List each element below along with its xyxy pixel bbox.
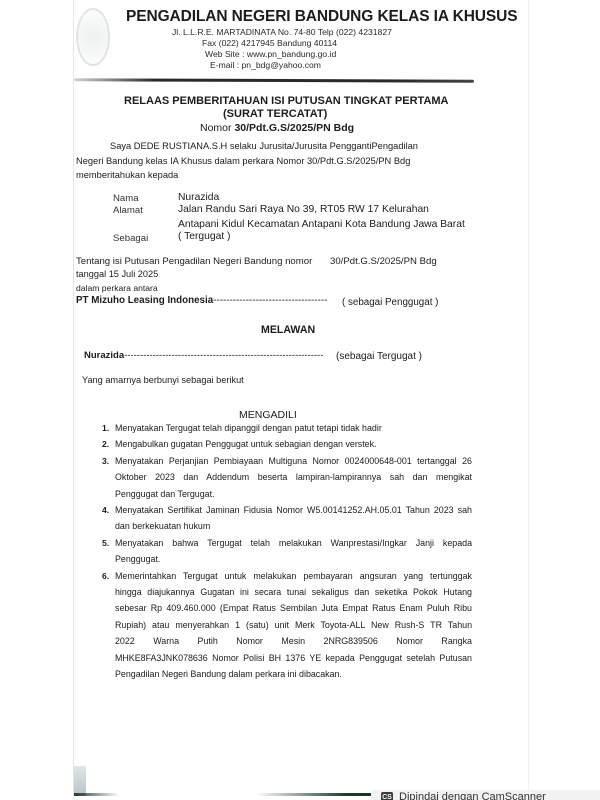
regarding-case-number: 30/Pdt.G.S/2025/PN Bdg: [330, 256, 437, 267]
ruling-item-5: 5. Menyatakan bahwa Tergugat telah melak…: [102, 535, 472, 568]
ruling-item-3: 3. Menyatakan Perjanjian Pembiayaan Mult…: [102, 453, 472, 502]
camscanner-text: Dipindai dengan CamScanner: [399, 791, 546, 800]
intro-line-3: memberitahukan kepada: [76, 170, 178, 180]
ruling-intro: Yang amarnya berbunyi sebagai berikut: [82, 375, 244, 385]
document-number-value: 30/Pdt.G.S/2025/PN Bdg: [234, 122, 354, 134]
ruling-item-text: Penggugat.: [115, 551, 472, 567]
intro-line-1: Saya DEDE RUSTIANA.S.H selaku Jurusita/J…: [110, 141, 418, 151]
plaintiff-line: PT Mizuho Leasing Indonesia-------------…: [76, 295, 327, 306]
recipient-address-line-1: Jalan Randu Sari Raya No 39, RT05 RW 17 …: [178, 204, 429, 215]
ruling-item-text: sebesar Rp 409.460.000 (Empat Ratus Semb…: [115, 600, 472, 616]
ruling-item-text: Oktober 2023 dan Addendum beserta lampir…: [115, 469, 472, 485]
court-emblem-icon: [76, 8, 110, 66]
recipient-name: Nurazida: [178, 192, 219, 203]
ruling-item-2: 2. Mengabulkan gugatan Penggugat untuk s…: [102, 436, 472, 452]
ruling-item-number: 2.: [102, 436, 115, 452]
court-website: Web Site : www.pn_bandung.go.id: [205, 49, 336, 59]
document-number-label: Nomor: [200, 122, 232, 134]
ruling-item-4: 4. Menyatakan Sertifikat Jaminan Fidusia…: [102, 502, 472, 535]
ruling-date: tanggal 15 Juli 2025: [76, 269, 158, 279]
ruling-item-text: Pengadilan Negeri Bandung dalam perkara …: [115, 666, 472, 682]
plaintiff-name: PT Mizuho Leasing Indonesia: [76, 295, 213, 306]
regarding-line: Tentang isi Putusan Pengadilan Negeri Ba…: [76, 256, 312, 267]
intro-line-2: Negeri Bandung kelas IA Khusus dalam per…: [76, 156, 410, 166]
between-parties-label: dalam perkara antara: [76, 283, 158, 293]
ruling-item-number: 4.: [102, 502, 115, 535]
ruling-item-text: MHKE8FA3JNK078636 Nomor Polisi BH 1376 Y…: [115, 650, 472, 666]
court-address: Jl. L.L.R.E. MARTADINATA No. 74-80 Telp …: [172, 27, 392, 37]
scanned-document-page: PENGADILAN NEGERI BANDUNG KELAS IA KHUSU…: [73, 0, 529, 796]
camscanner-watermark: CS Dipindai dengan CamScanner: [371, 790, 600, 800]
recipient-name-label: Nama: [113, 193, 139, 204]
ruling-item-text: 2022 Warna Putih Nomor Mesin 2NRG839506 …: [115, 633, 472, 649]
defendant-leader: ----------------------------------------…: [124, 350, 323, 361]
letterhead-divider: [74, 78, 474, 82]
ruling-item-number: 5.: [102, 535, 115, 568]
court-email: E-mail : pn_bdg@yahoo.com: [210, 60, 321, 70]
versus-heading: MELAWAN: [261, 324, 315, 336]
plaintiff-role: ( sebagai Penggugat ): [342, 297, 438, 308]
court-name: PENGADILAN NEGERI BANDUNG KELAS IA KHUSU…: [126, 8, 517, 26]
ruling-item-1: 1. Menyatakan Tergugat telah dipanggil d…: [102, 420, 472, 436]
ruling-item-text: Memerintahkan Tergugat untuk melakukan p…: [115, 568, 472, 584]
ruling-list: 1. Menyatakan Tergugat telah dipanggil d…: [102, 420, 472, 683]
ruling-item-number: 3.: [102, 453, 115, 502]
court-fax: Fax (022) 4217945 Bandung 40114: [202, 38, 337, 48]
ruling-item-text: Mengabulkan gugatan Penggugat untuk seba…: [115, 436, 472, 452]
document-number: Nomor 30/Pdt.G.S/2025/PN Bdg: [200, 122, 354, 134]
recipient-role: ( Tergugat ): [178, 231, 230, 242]
ruling-item-text: Menyatakan Tergugat telah dipanggil deng…: [115, 420, 472, 436]
defendant-role: (sebagai Tergugat ): [336, 351, 422, 362]
ruling-item-text: Rupiah) atau menyerahkan 1 (satu) unit M…: [115, 617, 472, 633]
plaintiff-leader: -----------------------------------: [213, 295, 327, 306]
document-title: RELAAS PEMBERITAHUAN ISI PUTUSAN TINGKAT…: [124, 95, 449, 107]
ruling-item-number: 1.: [102, 420, 115, 436]
ruling-item-6: 6. Memerintahkan Tergugat untuk melakuka…: [102, 568, 472, 683]
ruling-item-text: dan berkekuatan hukum: [115, 518, 472, 534]
recipient-role-label: Sebagai: [113, 233, 148, 244]
defendant-name: Nurazida: [84, 350, 124, 361]
ruling-item-text: Menyatakan Perjanjian Pembiayaan Multigu…: [115, 453, 472, 469]
document-subtitle: (SURAT TERCATAT): [223, 108, 327, 120]
defendant-line: Nurazida--------------------------------…: [84, 350, 323, 361]
ruling-item-text: hingga diajukannya Gugatan ini secara tu…: [115, 584, 472, 600]
ruling-item-text: Menyatakan Sertifikat Jaminan Fidusia No…: [115, 502, 472, 518]
recipient-address-line-2: Antapani Kidul Kecamatan Antapani Kota B…: [178, 219, 465, 230]
ruling-item-number: 6.: [102, 568, 115, 683]
page-corner-shadow: [74, 766, 86, 796]
ruling-item-text: Menyatakan bahwa Tergugat telah melakuka…: [115, 535, 472, 551]
ruling-item-text: Penggugat dan Tergugat.: [115, 486, 472, 502]
recipient-address-label: Alamat: [113, 205, 143, 216]
camscanner-logo-icon: CS: [381, 792, 393, 800]
